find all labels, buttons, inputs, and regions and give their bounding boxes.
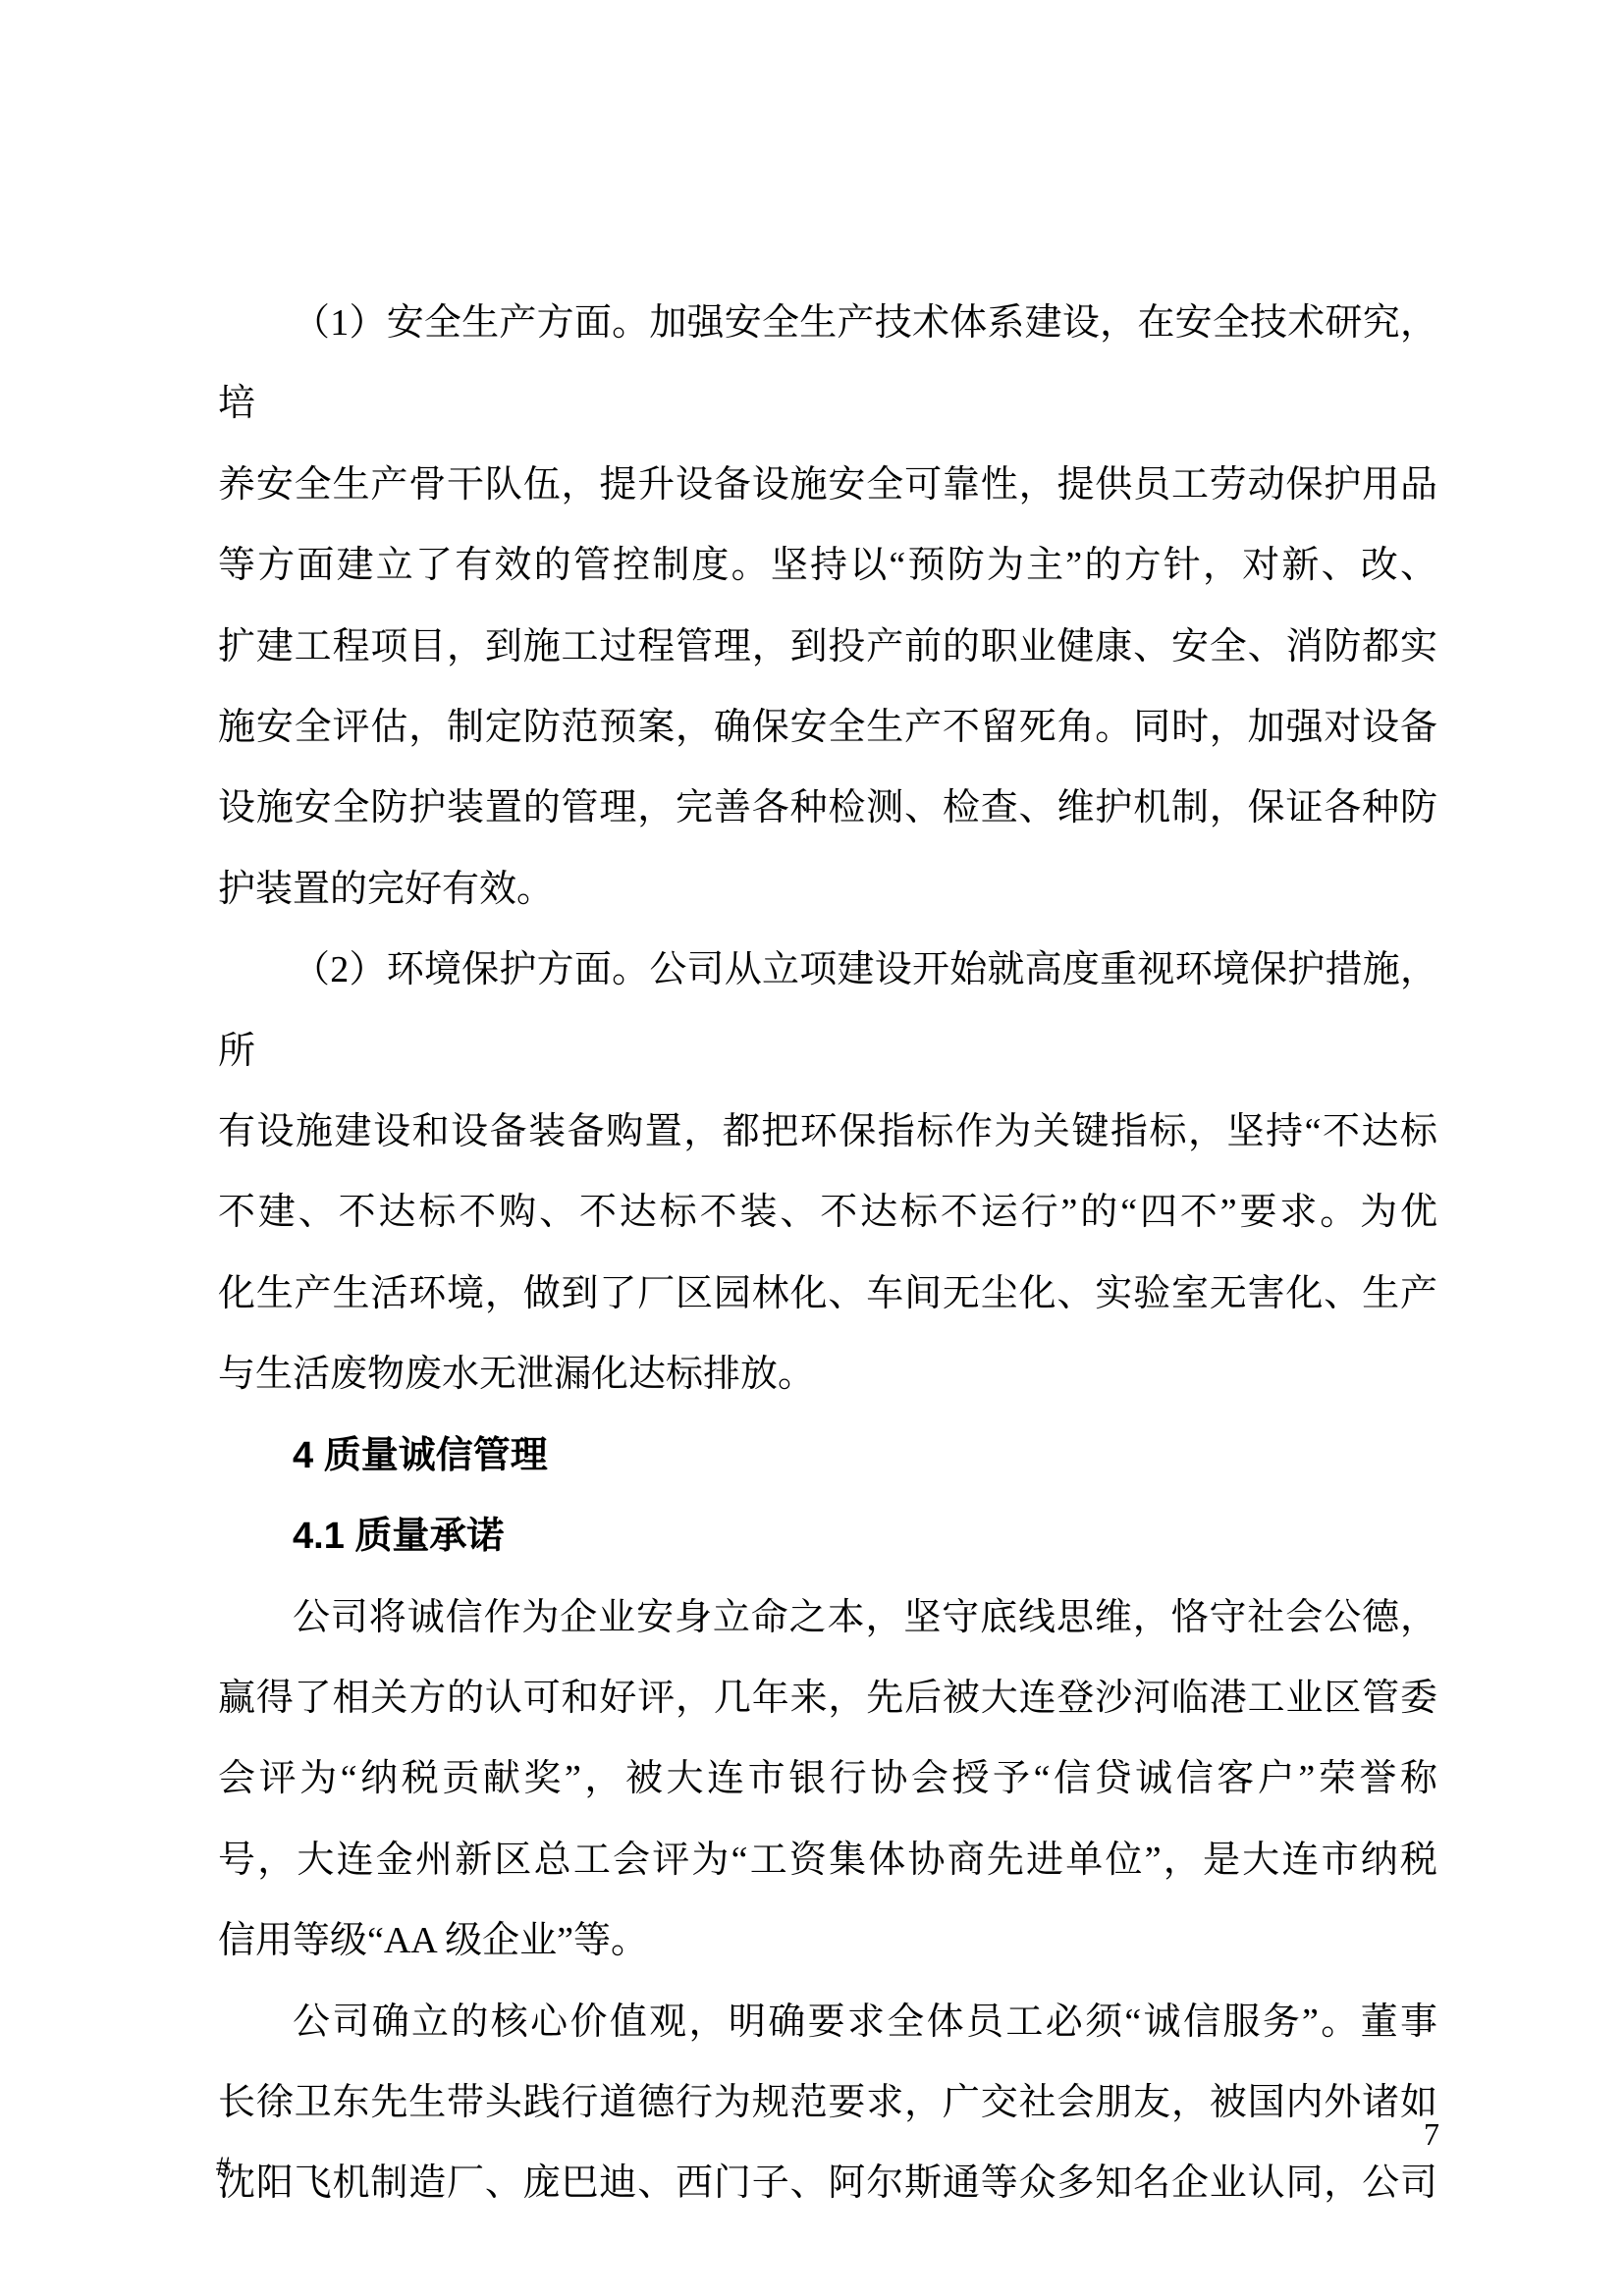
text-line: （1）安全生产方面。加强安全生产技术体系建设，在安全技术研究，培	[218, 283, 1437, 445]
section-heading: 4 质量诚信管理	[218, 1415, 1437, 1496]
text-line: 等方面建立了有效的管控制度。坚持以“预防为主”的方针，对新、改、	[218, 525, 1437, 606]
text-line: 扩建工程项目，到施工过程管理，到投产前的职业健康、安全、消防都实	[218, 607, 1437, 687]
text-line: 公司确立的核心价值观，明确要求全体员工必须“诚信服务”。董事	[218, 1982, 1437, 2062]
text-line: 有设施建设和设备装备购置，都把环保指标作为关键指标，坚持“不达标	[218, 1092, 1437, 1172]
footnote-marker: #	[216, 2152, 231, 2182]
text-line: 养安全生产骨干队伍，提升设备设施安全可靠性，提供员工劳动保护用品	[218, 445, 1437, 525]
text-line: 会评为“纳税贡献奖”，被大连市银行协会授予“信贷诚信客户”荣誉称	[218, 1738, 1437, 1819]
text-line: 信用等级“AA 级企业”等。	[218, 1900, 1437, 1981]
page-number: 7	[1410, 2116, 1453, 2153]
text-line: 设施安全防护装置的管理，完善各种检测、检查、维护机制，保证各种防	[218, 768, 1437, 848]
text-line: 护装置的完好有效。	[218, 849, 1437, 930]
text-line: 赢得了相关方的认可和好评，几年来，先后被大连登沙河临港工业区管委	[218, 1658, 1437, 1738]
text-line: （2）环境保护方面。公司从立项建设开始就高度重视环境保护措施，所	[218, 930, 1437, 1092]
text-line: 与生活废物废水无泄漏化达标排放。	[218, 1334, 1437, 1415]
text-block: （1）安全生产方面。加强安全生产技术体系建设，在安全技术研究，培养安全生产骨干队…	[218, 283, 1437, 2224]
section-heading: 4.1 质量承诺	[218, 1496, 1437, 1576]
text-line: 公司将诚信作为企业安身立命之本，坚守底线思维，恪守社会公德，	[218, 1577, 1437, 1658]
text-line: 号，大连金州新区总工会评为“工资集体协商先进单位”，是大连市纳税	[218, 1820, 1437, 1900]
text-line: 长徐卫东先生带头践行道德行为规范要求，广交社会朋友，被国内外诸如	[218, 2062, 1437, 2143]
text-line: 化生产生活环境，做到了厂区园林化、车间无尘化、实验室无害化、生产	[218, 1254, 1437, 1334]
text-line: 不建、不达标不购、不达标不装、不达标不运行”的“四不”要求。为优	[218, 1172, 1437, 1253]
document-page: （1）安全生产方面。加强安全生产技术体系建设，在安全技术研究，培养安全生产骨干队…	[0, 0, 1624, 2296]
text-line: 沈阳飞机制造厂、庞巴迪、西门子、阿尔斯通等众多知名企业认同，公司	[218, 2143, 1437, 2223]
text-line: 施安全评估，制定防范预案，确保安全生产不留死角。同时，加强对设备	[218, 687, 1437, 768]
